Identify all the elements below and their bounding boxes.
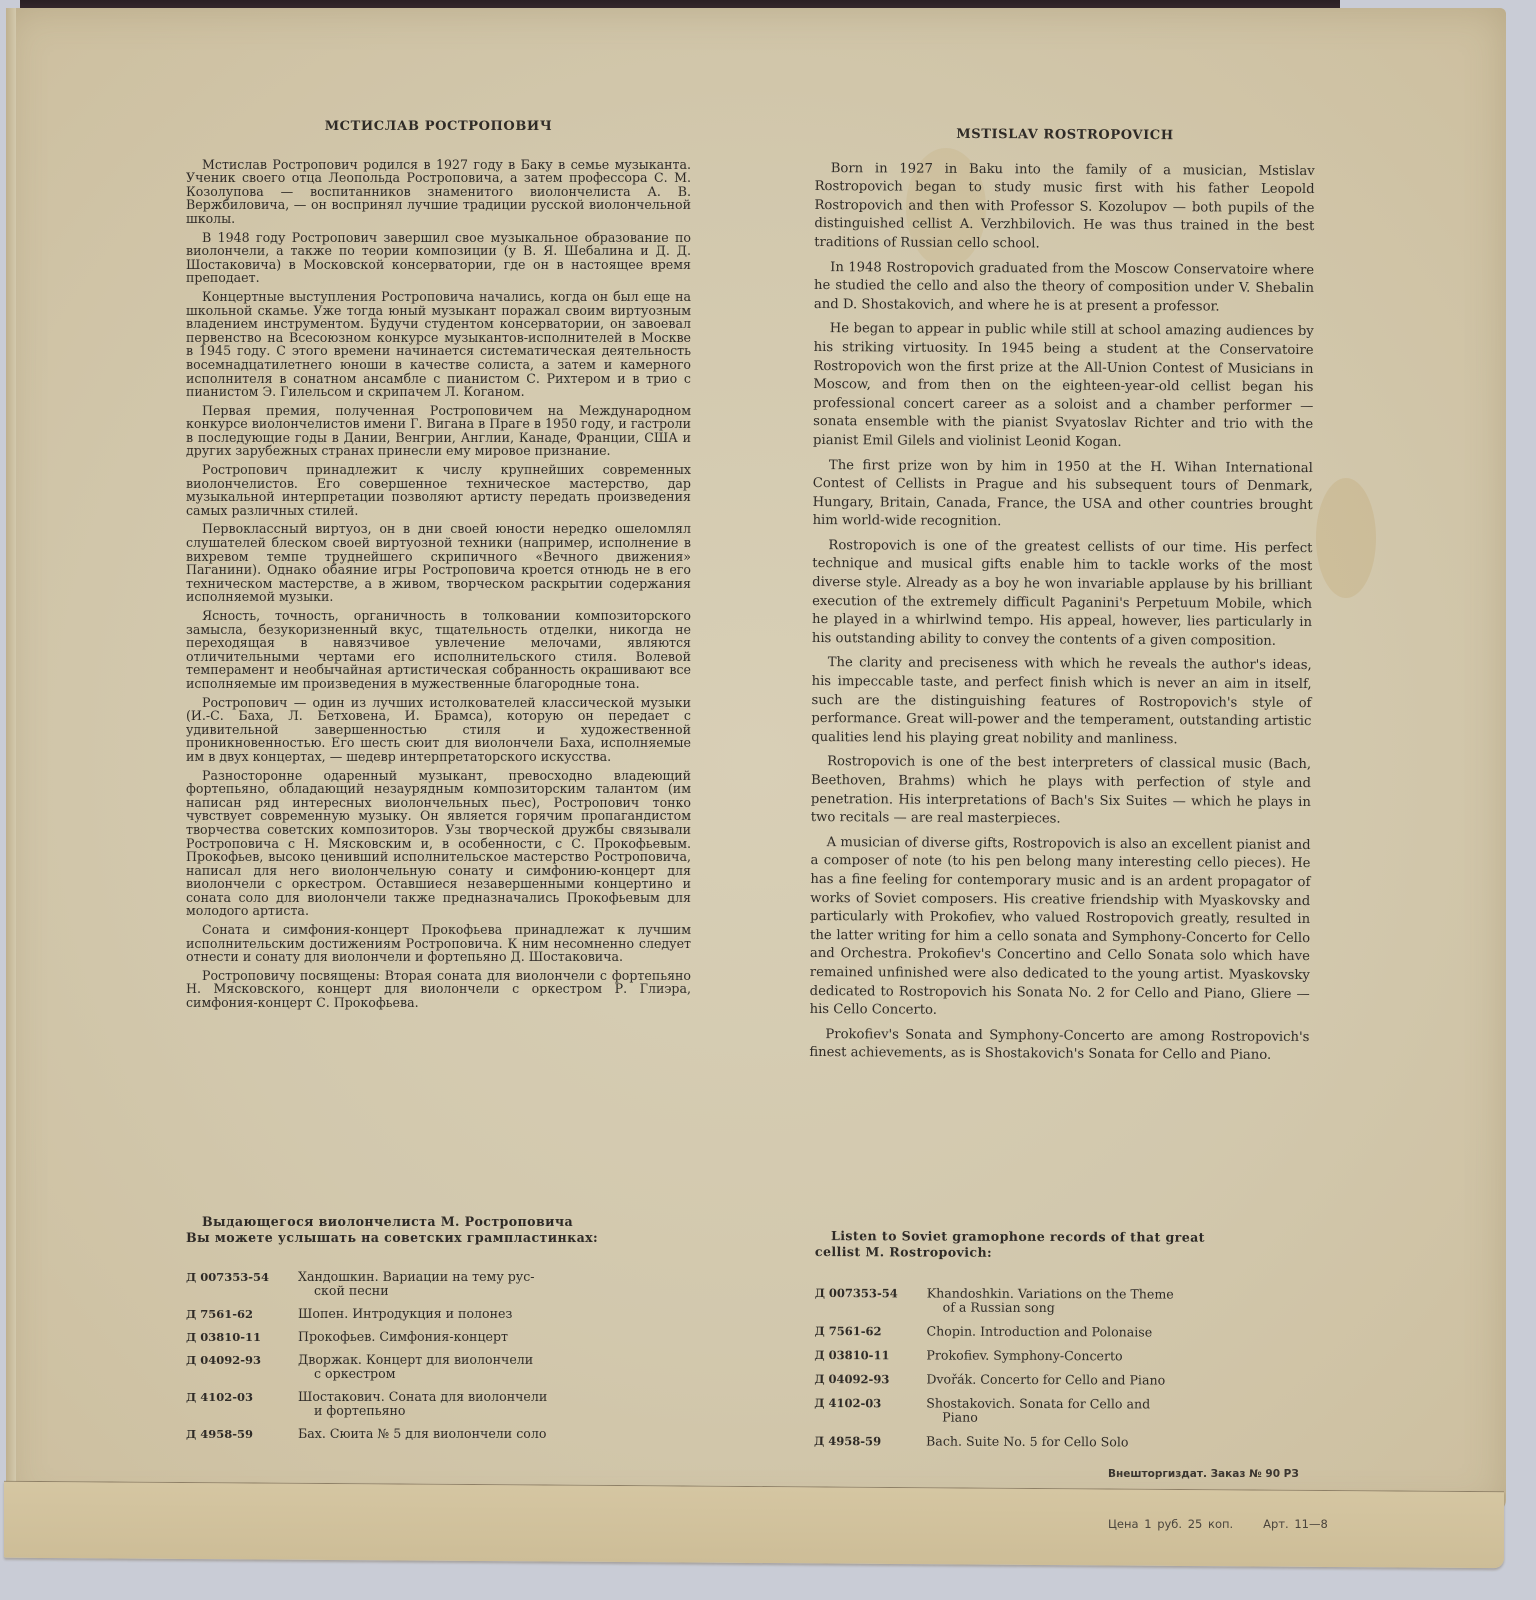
record-title-line-2: с оркестром [298,1367,606,1381]
record-title: Khandoshkin. Variations on the Themeof a… [927,1286,1235,1315]
record-catalog-number: Д 03810-11 [814,1348,926,1362]
english-discography-title-1: Listen to Soviet gramophone records of t… [815,1228,1235,1246]
ru-paragraph: Ростроповичу посвящены: Вторая соната дл… [186,969,691,1010]
en-paragraph: A musician of diverse gifts, Rostropovic… [810,834,1311,1023]
record-title: Бах. Сюита № 5 для виолончели соло [298,1427,606,1441]
record-catalog-number: Д 4102-03 [814,1396,926,1424]
ru-paragraph: В 1948 году Ростропович завершил свое му… [186,231,691,285]
record-title: Bach. Suite No. 5 for Cello Solo [926,1434,1234,1449]
record-list-item: Д 4102-03Шостакович. Соната для виолонче… [186,1390,606,1418]
record-title: Прокофьев. Симфония-концерт [298,1330,606,1344]
record-title-line-1: Бах. Сюита № 5 для виолончели соло [298,1427,606,1441]
record-catalog-number: Д 4958-59 [814,1434,926,1448]
ru-paragraph: Ясность, точность, органичность в толков… [186,609,691,691]
english-record-list: Д 007353-54Khandoshkin. Variations on th… [814,1286,1235,1450]
ru-paragraph: Ростропович принадлежит к числу крупнейш… [186,463,691,517]
russian-record-list: Д 007353-54Хандошкин. Вариации на тему р… [186,1270,606,1441]
en-paragraph: In 1948 Rostropovich graduated from the … [814,259,1314,318]
russian-heading: МСТИСЛАВ РОСТРОПОВИЧ [186,120,691,134]
record-list-item: Д 4958-59Bach. Suite No. 5 for Cello Sol… [814,1434,1234,1450]
record-title-line-1: Bach. Suite No. 5 for Cello Solo [926,1434,1234,1449]
record-catalog-number: Д 7561-62 [815,1324,927,1338]
price-line: Цена 1 руб. 25 коп.Арт. 11—8 [1108,1517,1358,1531]
russian-discography: Выдающегося виолончелиста М. Ростропович… [186,1214,606,1450]
record-list-item: Д 007353-54Хандошкин. Вариации на тему р… [186,1270,606,1298]
record-list-item: Д 4958-59Бах. Сюита № 5 для виолончели с… [186,1427,606,1441]
record-list-item: Д 7561-62Шопен. Интродукция и полонез [186,1307,606,1321]
sleeve-left-edge [6,8,16,1512]
ru-paragraph: Соната и симфония-концерт Прокофьева при… [186,923,691,964]
ru-paragraph: Разносторонне одаренный музыкант, превос… [186,769,691,919]
record-title-line-1: Шопен. Интродукция и полонез [298,1307,606,1321]
en-paragraph: He began to appear in public while still… [813,320,1314,453]
record-list-item: Д 4102-03Shostakovich. Sonata for Cello … [814,1396,1234,1426]
ru-paragraph: Мстислав Ростропович родился в 1927 году… [186,158,691,226]
record-title-line-1: Dvořák. Concerto for Cello and Piano [926,1372,1234,1387]
record-list-item: Д 7561-62Chopin. Introduction and Polona… [815,1324,1235,1340]
record-title-line-1: Хандошкин. Вариации на тему рус- [298,1270,606,1284]
record-title: Хандошкин. Вариации на тему рус-ской пес… [298,1270,606,1298]
record-catalog-number: Д 007353-54 [815,1286,927,1314]
record-title-line-1: Дворжак. Концерт для виолончели [298,1353,606,1367]
russian-discography-title-1: Выдающегося виолончелиста М. Ростропович… [186,1214,606,1230]
record-list-item: Д 04092-93Dvořák. Concerto for Cello and… [814,1372,1234,1388]
record-title: Шопен. Интродукция и полонез [298,1307,606,1321]
stain [1316,478,1376,598]
en-paragraph: Born in 1927 in Baku into the family of … [814,160,1315,256]
record-title-line-2: of a Russian song [927,1300,1235,1315]
record-list-item: Д 03810-11Прокофьев. Симфония-концерт [186,1330,606,1344]
record-title-line-1: Chopin. Introduction and Polonaise [927,1324,1235,1339]
en-paragraph: Rostropovich is one of the best interpre… [811,753,1311,830]
record-list-item: Д 03810-11Prokofiev. Symphony-Concerto [814,1348,1234,1364]
record-title: Chopin. Introduction and Polonaise [927,1324,1235,1339]
record-title: Дворжак. Концерт для виолончелис оркестр… [298,1353,606,1381]
price: Цена 1 руб. 25 коп. [1108,1517,1233,1531]
record-list-item: Д 007353-54Khandoshkin. Variations on th… [815,1286,1235,1316]
record-title-line-1: Шостакович. Соната для виолончели [298,1390,606,1404]
record-catalog-number: Д 4958-59 [186,1427,298,1441]
record-catalog-number: Д 4102-03 [186,1390,298,1418]
english-paragraphs: Born in 1927 in Baku into the family of … [809,160,1315,1066]
ru-paragraph: Первоклассный виртуоз, он в дни своей юн… [186,522,691,604]
record-catalog-number: Д 04092-93 [814,1372,926,1386]
record-catalog-number: Д 03810-11 [186,1330,298,1344]
record-title-line-2: и фортепьяно [298,1404,606,1418]
record-title: Шостакович. Соната для виолончелии форте… [298,1390,606,1418]
article-number: Арт. 11—8 [1263,1517,1328,1531]
record-list-item: Д 04092-93Дворжак. Концерт для виолончел… [186,1353,606,1381]
record-title: Dvořák. Concerto for Cello and Piano [926,1372,1234,1387]
en-paragraph: Rostropovich is one of the greatest cell… [812,537,1313,652]
publisher-imprint: Внешторгиздат. Заказ № 90 РЗ [1108,1468,1299,1480]
record-title-line-1: Прокофьев. Симфония-концерт [298,1330,606,1344]
record-title: Prokofiev. Symphony-Concerto [926,1348,1234,1363]
en-paragraph: The first prize won by him in 1950 at th… [813,456,1313,533]
english-heading: MSTISLAV ROSTROPOVICH [815,125,1315,147]
russian-discography-title-2: Вы можете услышать на советских грамплас… [186,1230,606,1246]
en-paragraph: The clarity and preciseness with which h… [811,654,1312,750]
record-catalog-number: Д 04092-93 [186,1353,298,1381]
record-catalog-number: Д 7561-62 [186,1307,298,1321]
russian-column: МСТИСЛАВ РОСТРОПОВИЧ Мстислав Ростропови… [186,120,691,1015]
ru-paragraph: Первая премия, полученная Ростроповичем … [186,404,691,458]
english-discography-title-2: cellist M. Rostropovich: [815,1244,1235,1262]
record-title: Shostakovich. Sonata for Cello andPiano [926,1396,1234,1425]
english-discography: Listen to Soviet gramophone records of t… [814,1228,1235,1460]
ru-paragraph: Концертные выступления Ростроповича нача… [186,290,691,399]
record-catalog-number: Д 007353-54 [186,1270,298,1298]
record-title-line-2: ской песни [298,1284,606,1298]
en-paragraph: Prokofiev's Sonata and Symphony-Concerto… [809,1026,1309,1066]
ru-paragraph: Ростропович — один из лучших истолковате… [186,696,691,764]
record-title-line-1: Prokofiev. Symphony-Concerto [926,1348,1234,1363]
russian-paragraphs: Мстислав Ростропович родился в 1927 году… [186,158,691,1010]
record-title-line-2: Piano [926,1410,1234,1425]
english-column: MSTISLAV ROSTROPOVICH Born in 1927 in Ba… [809,125,1315,1072]
